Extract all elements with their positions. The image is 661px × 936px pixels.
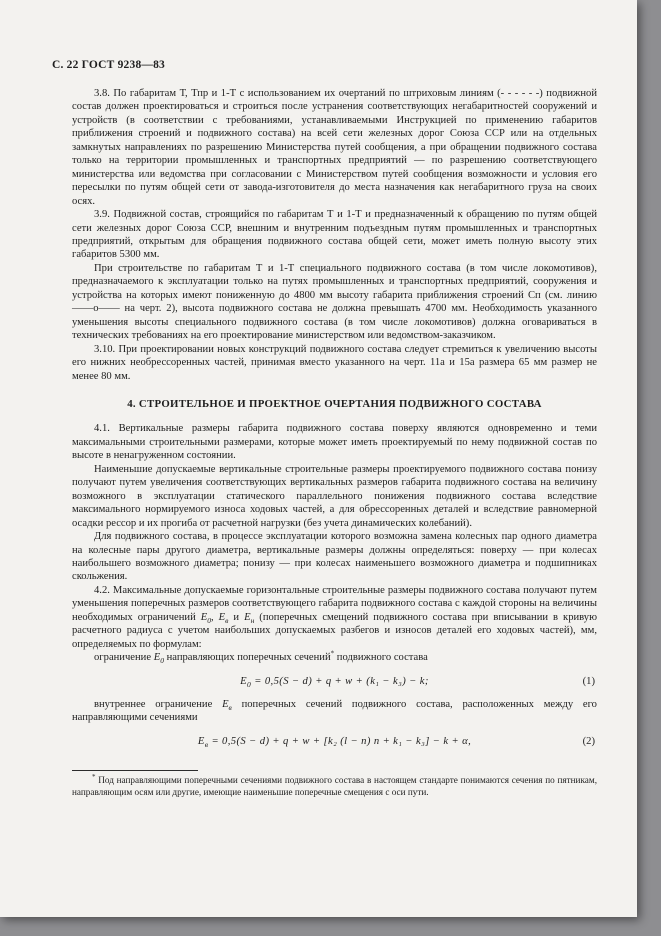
paragraph-4-2: 4.2. Максимальные допускаемые горизонтал… [72,584,597,651]
limit-e0-line: ограничение E0 направляющих поперечных с… [72,651,597,664]
limit-e0-text-after: подвижного состава [334,652,428,663]
paragraph-3-8: 3.8. По габаритам Т, Тпр и 1-Т с использ… [72,87,597,208]
paragraph-4-1-continuation-2: Для подвижного состава, в процессе экспл… [72,530,597,584]
variable-en: Eн [244,612,254,623]
page-header: С. 22 ГОСТ 9238—83 [52,59,165,71]
paragraph-3-9: 3.9. Подвижной состав, строящийся по габ… [72,208,597,262]
paragraph-inner-limit: внутреннее ограничение Eв поперечных сеч… [72,698,597,725]
formula-2: Eв = 0,5(S − d) + q + w + [k₂ (l − n) n … [72,735,597,748]
footnote-text: * Под направляющими поперечными сечениям… [72,775,597,798]
footnote: * Под направляющими поперечными сечениям… [72,770,597,798]
variable-e0: E0 [201,612,211,623]
formula-2-expression: Eв = 0,5(S − d) + q + w + [k₂ (l − n) n … [198,736,471,747]
paragraph-4-1: 4.1. Вертикальные размеры габарита подви… [72,422,597,462]
document-page: С. 22 ГОСТ 9238—83 3.8. По габаритам Т, … [0,0,637,917]
section-4-heading: 4. СТРОИТЕЛЬНОЕ И ПРОЕКТНОЕ ОЧЕРТАНИЯ ПО… [72,398,597,411]
paragraph-3-9-continuation: При строительстве по габаритам Т и 1-Т с… [72,262,597,343]
formula-2-number: (2) [583,735,595,748]
formula-1: E0 = 0,5(S − d) + q + w + (k₁ − k₃) − k;… [72,675,597,688]
formula-1-expression: E0 = 0,5(S − d) + q + w + (k₁ − k₃) − k; [240,676,429,687]
paragraph-4-1-continuation-1: Наименьшие допускаемые вертикальные стро… [72,463,597,530]
inner-limit-text-before: внутреннее ограничение [94,699,222,710]
document-content: 3.8. По габаритам Т, Тпр и 1-Т с использ… [72,87,597,798]
variable-e0: E0 [154,652,164,663]
separator: , [211,612,219,623]
limit-e0-text-mid: направляющих поперечных сечений [164,652,331,663]
footnote-divider [72,770,198,771]
separator: и [228,612,244,623]
formula-1-number: (1) [583,675,595,688]
variable-ev: Eв [219,612,229,623]
variable-ev: Eв [222,699,232,710]
paragraph-3-10: 3.10. При проектировании новых конструкц… [72,343,597,383]
limit-e0-text-before: ограничение [94,652,154,663]
